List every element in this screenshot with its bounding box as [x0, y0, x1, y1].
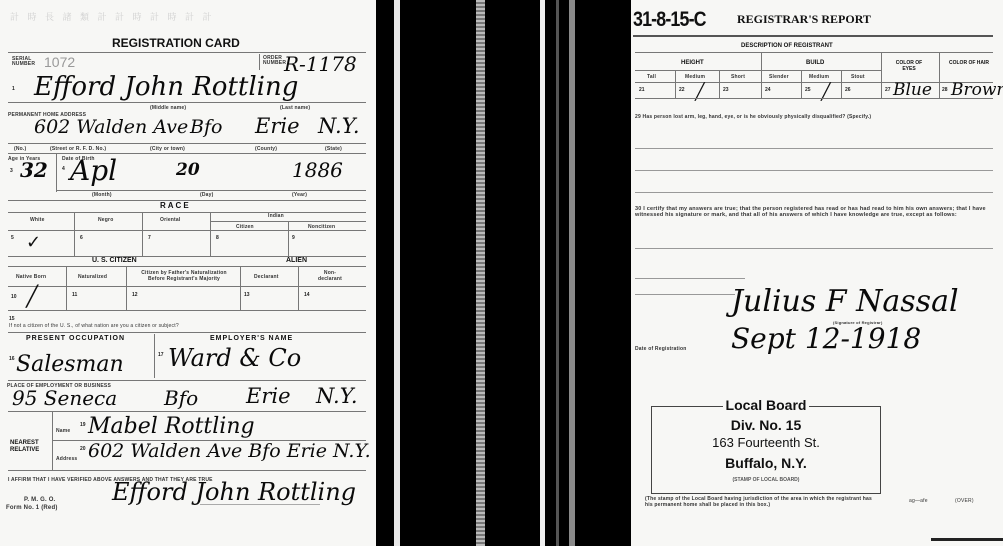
description-title: DESCRIPTION OF REGISTRANT	[741, 43, 833, 49]
checkmark-native-born: ╱	[26, 284, 38, 308]
alien-label: ALIEN	[286, 257, 307, 264]
order-label: ORDER NUMBER	[263, 56, 281, 66]
employment-state: N.Y.	[316, 384, 358, 408]
employment-street: 95 Seneca	[12, 386, 117, 410]
stamp-line-4: Buffalo, N.Y.	[652, 455, 880, 471]
hair-label: COLOR OF HAIR	[949, 60, 989, 66]
address-state: N.Y.	[318, 114, 360, 138]
eyes-label: COLOR OF EYES	[889, 60, 929, 72]
registrar-signature: Julius F Nassal	[731, 284, 959, 319]
q30-text: 30 I certify that my answers are true; t…	[635, 206, 987, 218]
q15-label: If not a citizen of the U. S., of what n…	[9, 323, 179, 329]
film-stripe	[569, 0, 575, 546]
employment-city: Bfo	[164, 386, 198, 410]
address-county: Erie	[255, 114, 300, 138]
stamp-caption: (STAMP OF LOCAL BOARD)	[652, 477, 880, 483]
film-stripe	[540, 0, 545, 546]
employment-county: Erie	[246, 384, 291, 408]
dob-year: 1886	[292, 158, 343, 182]
form-label: P. M. G. O.	[24, 497, 55, 503]
local-board-stamp: Local Board Div. No. 15 163 Fourteenth S…	[651, 406, 881, 494]
stamp-line-2: Div. No. 15	[652, 417, 880, 433]
eye-color: Blue	[893, 80, 932, 100]
serial-value: 1072	[44, 54, 75, 70]
address-city: Bfo	[190, 116, 222, 138]
bleed-through-text: 計 時 長 諸 類 計 計 時 計 時 計 計	[10, 10, 215, 23]
card-title: REGISTRATION CARD	[112, 36, 240, 50]
stamp-note: (The stamp of the Local Board having jur…	[645, 496, 875, 508]
us-citizen-label: U. S. CITIZEN	[92, 257, 137, 264]
registrant-signature: Efford John Rottling	[112, 478, 356, 506]
employer-label: EMPLOYER'S NAME	[210, 335, 293, 342]
build-label: BUILD	[806, 60, 824, 66]
relative-address: 602 Walden Ave Bfo Erie N.Y.	[88, 440, 371, 462]
registration-date: Sept 12-1918	[731, 322, 921, 355]
dob-day: 20	[176, 160, 200, 180]
registration-card: 計 時 長 諸 類 計 計 時 計 時 計 計 REGISTRATION CAR…	[0, 0, 376, 546]
stamp-line-3: 163 Fourteenth St.	[652, 435, 880, 450]
q29-text: 29 Has person lost arm, leg, hand, eye, …	[635, 114, 985, 120]
registration-date-label: Date of Registration	[635, 346, 687, 352]
document-code: 31-8-15-C	[633, 8, 706, 32]
age-value: 32	[20, 158, 48, 182]
hair-color: Brown	[951, 80, 1003, 100]
checkmark-white: ✓	[26, 232, 41, 253]
address-street: 602 Walden Ave	[34, 116, 188, 138]
employer-value: Ward & Co	[168, 344, 301, 372]
registrant-name: Efford John Rottling	[34, 72, 298, 102]
dob-month: Apl	[70, 154, 117, 187]
race-title: RACE	[160, 201, 191, 210]
relative-name: Mabel Rottling	[88, 414, 255, 439]
occupation-label: PRESENT OCCUPATION	[26, 335, 125, 342]
height-label: HEIGHT	[681, 60, 704, 66]
report-title: REGISTRAR'S REPORT	[737, 12, 871, 27]
stamp-line-1: Local Board	[723, 397, 810, 413]
occupation-value: Salesman	[16, 352, 124, 377]
form-number: Form No. 1 (Red)	[6, 505, 58, 511]
film-stripe	[556, 0, 559, 546]
nearest-relative-label: NEAREST RELATIVE	[10, 440, 50, 454]
film-stripe	[476, 0, 485, 546]
registrars-report-card: 31-8-15-C REGISTRAR'S REPORT DESCRIPTION…	[631, 0, 1003, 546]
film-stripe	[394, 0, 400, 546]
serial-label: SERIAL NUMBER	[12, 57, 34, 67]
